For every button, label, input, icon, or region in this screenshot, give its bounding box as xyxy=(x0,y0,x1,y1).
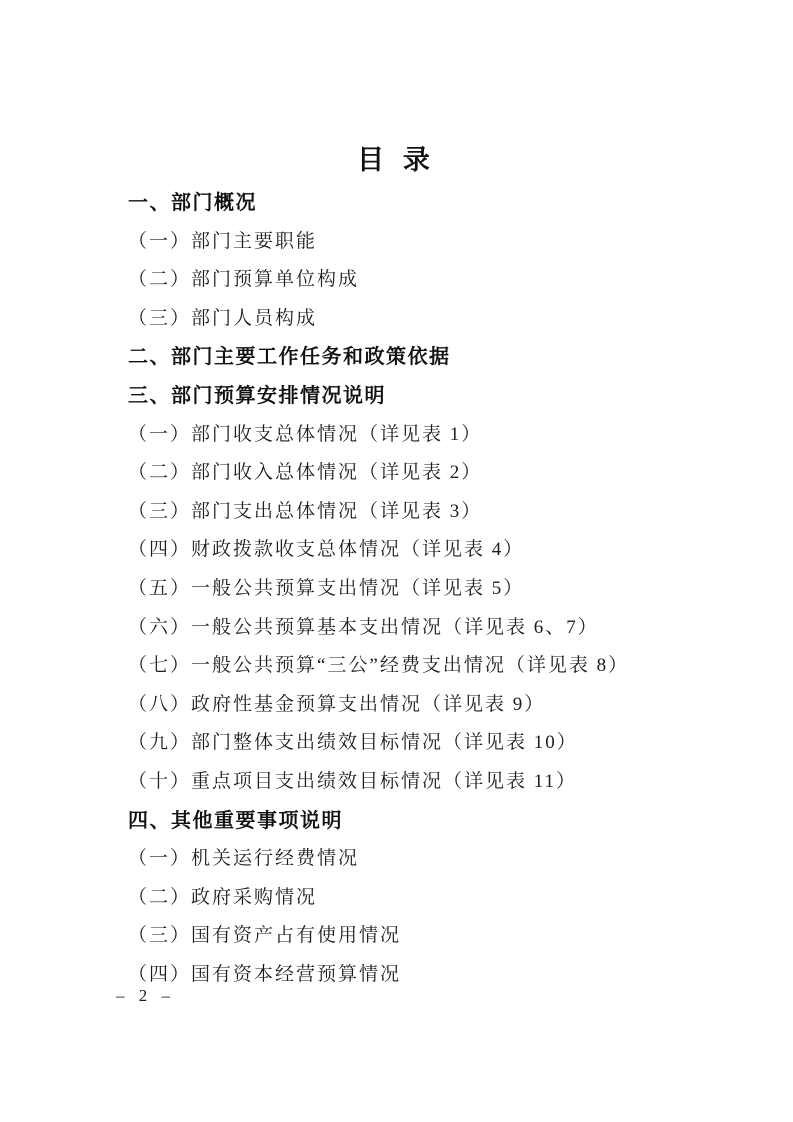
toc-section-heading: 一、部门概况 xyxy=(128,184,743,223)
toc-item: （二）部门收入总体情况（详见表 2） xyxy=(128,454,743,493)
toc-item: （四）财政拨款收支总体情况（详见表 4） xyxy=(128,531,743,570)
toc-item: （三）部门人员构成 xyxy=(128,300,743,339)
toc-item: （五）一般公共预算支出情况（详见表 5） xyxy=(128,570,743,609)
toc-section-heading: 四、其他重要事项说明 xyxy=(128,802,743,841)
toc-item: （六）一般公共预算基本支出情况（详见表 6、7） xyxy=(128,609,743,648)
toc-item: （一）部门收支总体情况（详见表 1） xyxy=(128,416,743,455)
toc-item: （八）政府性基金预算支出情况（详见表 9） xyxy=(128,686,743,725)
toc-list: 一、部门概况（一）部门主要职能（二）部门预算单位构成（三）部门人员构成二、部门主… xyxy=(128,184,743,994)
page-number: – 2 – xyxy=(116,986,175,1006)
page-title: 目 录 xyxy=(0,138,793,177)
toc-item: （三）国有资产占有使用情况 xyxy=(128,917,743,956)
toc-item: （一）部门主要职能 xyxy=(128,223,743,262)
toc-item: （二）部门预算单位构成 xyxy=(128,261,743,300)
toc-item: （三）部门支出总体情况（详见表 3） xyxy=(128,493,743,532)
toc-item: （一）机关运行经费情况 xyxy=(128,840,743,879)
document-page: 目 录 一、部门概况（一）部门主要职能（二）部门预算单位构成（三）部门人员构成二… xyxy=(0,0,793,1122)
toc-item: （四）国有资本经营预算情况 xyxy=(128,956,743,995)
toc-section-heading: 三、部门预算安排情况说明 xyxy=(128,377,743,416)
toc-item: （九）部门整体支出绩效目标情况（详见表 10） xyxy=(128,724,743,763)
toc-section-heading: 二、部门主要工作任务和政策依据 xyxy=(128,338,743,377)
toc-item: （二）政府采购情况 xyxy=(128,879,743,918)
toc-item: （十）重点项目支出绩效目标情况（详见表 11） xyxy=(128,763,743,802)
toc-item: （七）一般公共预算“三公”经费支出情况（详见表 8） xyxy=(128,647,743,686)
